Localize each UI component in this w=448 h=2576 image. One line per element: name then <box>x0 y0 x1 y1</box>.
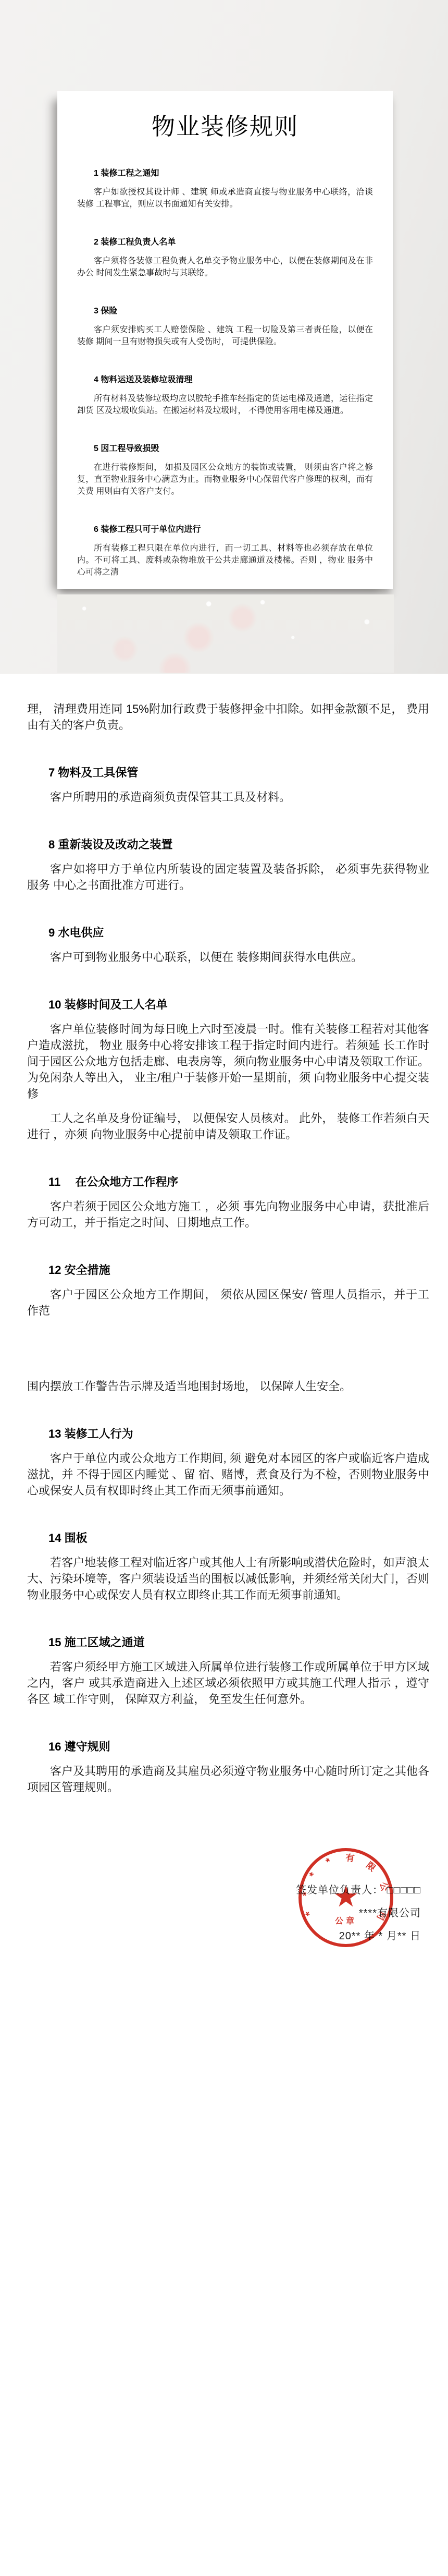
rule-section: 5 因工程导致损毁 在进行装修期间， 如损及园区公众地方的装饰或装置， 则须由客… <box>77 443 373 497</box>
company-seal-stamp: ★ 公章 ****有限公司 <box>296 1848 395 1948</box>
rule-section: 7 物料及工具保管 客户所聘用的承造商须负责保管其工具及材料。 <box>27 764 429 805</box>
section-paragraph: 客户如欲授权其设计师 、建筑 师或承造商直接与物业服务中心联络，洽谈装修 工程事… <box>77 186 373 210</box>
document-page-one: 物业装修规则 1 装修工程之通知 客户如欲授权其设计师 、建筑 师或承造商直接与… <box>57 91 393 589</box>
section-heading: 13 装修工人行为 <box>27 1426 429 1442</box>
rule-section: 6 装修工程只可于单位内进行 所有装修工程只限在单位内进行，而一切工具、材料等也… <box>77 524 373 578</box>
section-heading: 1 装修工程之通知 <box>77 167 373 179</box>
page-one-sections: 1 装修工程之通知 客户如欲授权其设计师 、建筑 师或承造商直接与物业服务中心联… <box>77 167 373 578</box>
section-paragraph: 客户单位装修时间为每日晚上六时至凌晨一时。惟有关装修工程若对其他客户造成滋扰， … <box>27 1021 429 1102</box>
section-paragraph: 若客户地装修工程对临近客户或其他人士有所影响或潜伏危险时，如声浪太大、污染环境等… <box>27 1554 429 1603</box>
rule-section: 16 遵守规则 客户及其聘用的承造商及其雇员必须遵守物业服务中心随时所订定之其他… <box>27 1739 429 1795</box>
rule-section: 10 装修时间及工人名单 客户单位装修时间为每日晚上六时至凌晨一时。惟有关装修工… <box>27 997 429 1143</box>
section-heading: 4 物料运送及装修垃圾清理 <box>77 374 373 386</box>
section-heading: 14 围板 <box>27 1530 429 1546</box>
rule-section: 15 施工区域之通道 若客户须经甲方施工区域进入所属单位进行装修工作或所属单位于… <box>27 1634 429 1707</box>
section-heading: 3 保险 <box>77 305 373 317</box>
section-paragraph: 客户可到物业服务中心联系，以便在 装修期间获得水电供应。 <box>27 949 429 965</box>
section-heading: 8 重新装设及改动之装置 <box>27 836 429 853</box>
decorative-floral-pattern <box>57 594 394 673</box>
section-paragraph: 客户须安排购买工人赔偿保险 、建筑 工程一切险及第三者责任险，以便在 装修 期间… <box>77 324 373 348</box>
rule-section: 8 重新装设及改动之装置 客户如将甲方于单位内所装设的固定装置及装备拆除， 必须… <box>27 836 429 893</box>
seal-arc-char: * <box>301 1891 312 1897</box>
rule-section: 11 在公众地方工作程序 客户若须于园区公众地方施工 ，必须 事先向物业服务中心… <box>27 1174 429 1231</box>
section-paragraph: 客户如将甲方于单位内所装设的固定装置及装备拆除， 必须事先获得物业服务 中心之书… <box>27 861 429 893</box>
overflow-paragraph: 理， 清理费用连同 15%附加行政费于装修押金中扣除。如押金款额不足， 费用由有… <box>27 701 429 733</box>
section-heading: 5 因工程导致损毁 <box>77 443 373 455</box>
section-paragraph: 客户于单位内或公众地方工作期间, 须 避免对本园区的客户或临近客户造成滋扰，并 … <box>27 1450 429 1499</box>
section-heading: 9 水电供应 <box>27 925 429 941</box>
rule-section: 2 装修工程负责人名单 客户须将各装修工程负责人名单交予物业服务中心，以便在装修… <box>77 236 373 279</box>
document-title: 物业装修规则 <box>77 112 373 141</box>
section-heading: 7 物料及工具保管 <box>27 764 429 781</box>
section-paragraph: 客户及其聘用的承造商及其雇员必须遵守物业服务中心随时所订定之其他各项园区管理规则… <box>27 1763 429 1795</box>
section-heading: 16 遵守规则 <box>27 1739 429 1755</box>
section-paragraph: 客户若须于园区公众地方施工 ，必须 事先向物业服务中心申请，获批准后方可动工，并… <box>27 1198 429 1231</box>
section-heading: 11 在公众地方工作程序 <box>27 1174 429 1190</box>
seal-bottom-text: 公章 <box>335 1917 357 1926</box>
section-paragraph: 客户须将各装修工程负责人名单交予物业服务中心，以便在装修期间及在非办公 时间发生… <box>77 255 373 279</box>
section-heading: 12 安全措施 <box>27 1262 429 1278</box>
section-paragraph: 客户于园区公众地方工作期间， 须依从园区保安/ 管理人员指示，并于工 作范 <box>27 1286 429 1319</box>
signature-block: 签发单位负责人： □□□□□ ****有限公司 20** 年 * 月** 日 ★… <box>27 1879 429 1948</box>
section-heading: 2 装修工程负责人名单 <box>77 236 373 248</box>
section-paragraph: 客户所聘用的承造商须负责保管其工具及材料。 <box>27 789 429 805</box>
rule-section: 13 装修工人行为 客户于单位内或公众地方工作期间, 须 避免对本园区的客户或临… <box>27 1426 429 1499</box>
section-heading: 15 施工区域之通道 <box>27 1634 429 1650</box>
document-preview-canvas: 物业装修规则 1 装修工程之通知 客户如欲授权其设计师 、建筑 师或承造商直接与… <box>0 0 448 2576</box>
preview-backdrop: 物业装修规则 1 装修工程之通知 客户如欲授权其设计师 、建筑 师或承造商直接与… <box>0 0 448 674</box>
section-heading: 6 装修工程只可于单位内进行 <box>77 524 373 536</box>
section-heading: 10 装修时间及工人名单 <box>27 997 429 1013</box>
rule-section: 1 装修工程之通知 客户如欲授权其设计师 、建筑 师或承造商直接与物业服务中心联… <box>77 167 373 210</box>
rule-section: 12 安全措施 客户于园区公众地方工作期间， 须依从园区保安/ 管理人员指示，并… <box>27 1262 429 1394</box>
rule-section: 3 保险 客户须安排购买工人赔偿保险 、建筑 工程一切险及第三者责任险，以便在 … <box>77 305 373 348</box>
section-paragraph: 所有装修工程只限在单位内进行，而一切工具、材料等也必须存放在单位内。不可将工具、… <box>77 542 373 578</box>
document-continuation: 理， 清理费用连同 15%附加行政费于装修押金中扣除。如押金款额不足， 费用由有… <box>0 674 448 2576</box>
continuation-sections: 7 物料及工具保管 客户所聘用的承造商须负责保管其工具及材料。 8 重新装设及改… <box>27 764 429 1795</box>
section-paragraph: 围内摆放工作警告告示牌及适当地围封场地， 以保障人生安全。 <box>27 1378 429 1394</box>
rule-section: 14 围板 若客户地装修工程对临近客户或其他人士有所影响或潜伏危险时，如声浪太大… <box>27 1530 429 1603</box>
section-paragraph: 所有材料及装修垃圾均应以胶轮手推车经指定的货运电梯及通道，运往指定卸货 区及垃圾… <box>77 393 373 417</box>
rule-section: 9 水电供应 客户可到物业服务中心联系，以便在 装修期间获得水电供应。 <box>27 925 429 965</box>
seal-arc-char: 有 <box>345 1853 355 1863</box>
seal-star-icon: ★ <box>333 1882 359 1911</box>
section-paragraph: 在进行装修期间， 如损及园区公众地方的装饰或装置， 则须由客户将之修复，直至物业… <box>77 461 373 497</box>
section-paragraph: 工人之名单及身份证编号， 以便保安人员核对。 此外， 装修工作若须白天进行 ，亦… <box>27 1110 429 1143</box>
rule-section: 4 物料运送及装修垃圾清理 所有材料及装修垃圾均应以胶轮手推车经指定的货运电梯及… <box>77 374 373 417</box>
section-paragraph: 若客户须经甲方施工区域进入所属单位进行装修工作或所属单位于甲方区域之内，客户 或… <box>27 1659 429 1707</box>
